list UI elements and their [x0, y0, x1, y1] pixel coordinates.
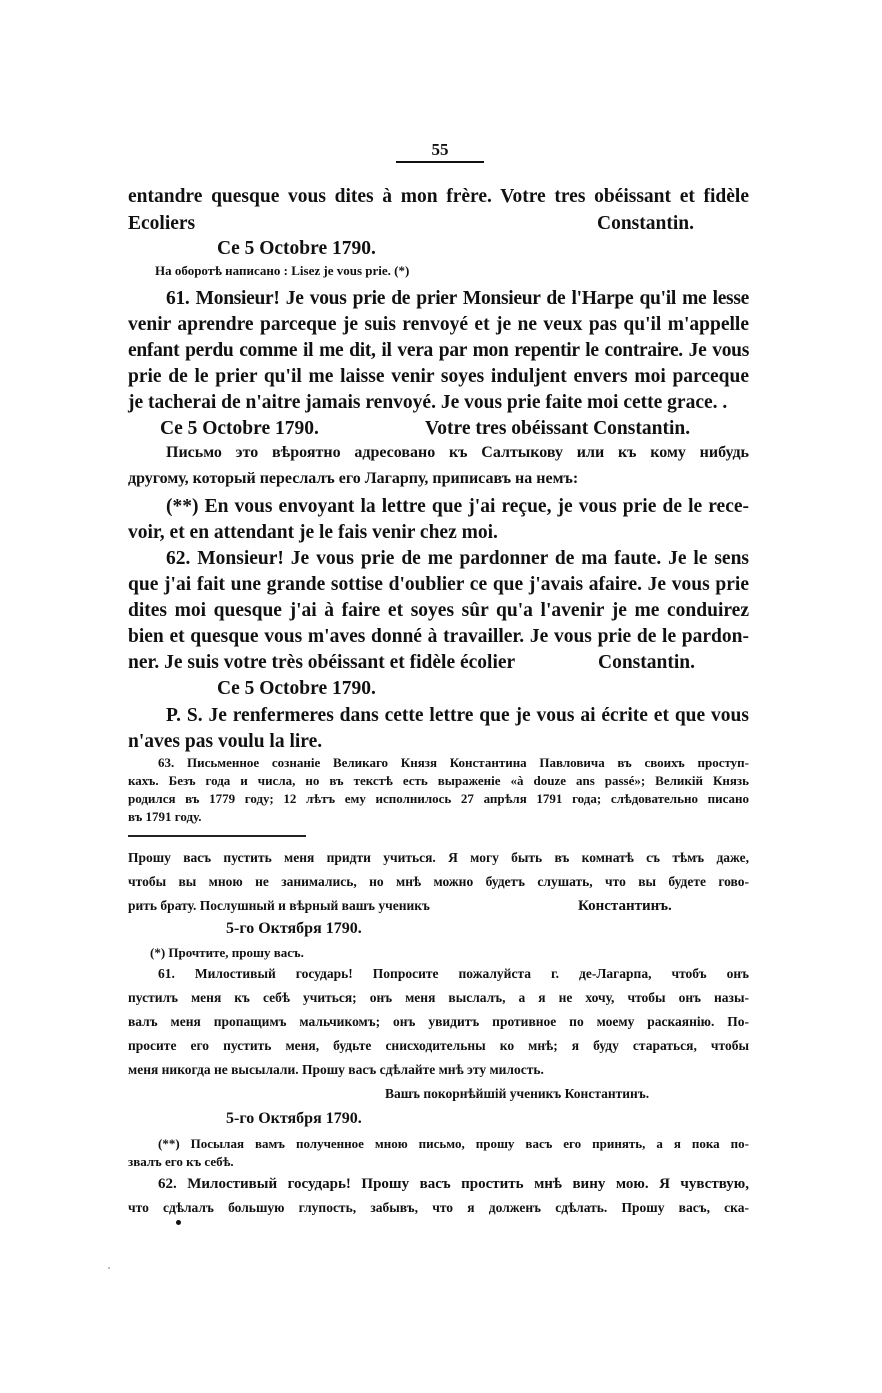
translation-62-line: что сдѣлалъ большую глупость, забывъ, чт…	[128, 1200, 749, 1216]
commentary-line: Письмо это вѣроятно адресовано къ Салтык…	[128, 444, 749, 462]
continuation-line: entandre quesque vous dites à mon frère.…	[128, 186, 749, 208]
letter-62-line: 62. Monsieur! Je vous prie de me pardonn…	[128, 548, 749, 570]
translation-61-line: валъ меня пропащимъ мальчикомъ; онъ увид…	[128, 1014, 749, 1030]
letter-61-line: enfant perdu comme il me dit, il vera pa…	[128, 340, 749, 362]
continuation-signature-line: Ecoliers Constantin.	[128, 213, 749, 235]
translation-intro-line: Прошу васъ пустить меня придти учиться. …	[128, 850, 749, 866]
translation-closing: рить брату. Послушный и вѣрный вашъ учен…	[128, 898, 430, 913]
closing-word: Ecoliers	[128, 213, 195, 234]
page-number: 55	[396, 140, 484, 160]
date-line: Ce 5 Octobre 1790.	[217, 238, 376, 260]
translation-footnote: (*) Прочтите, прошу васъ.	[150, 945, 304, 961]
translation-62-line: 62. Милостивый государь! Прошу васъ прос…	[128, 1176, 749, 1193]
translation-61-line: меня никогда не высылали. Прошу васъ сдѣ…	[128, 1062, 749, 1078]
translation-61-line: 61. Милостивый государь! Попросите пожал…	[128, 966, 749, 982]
letter-62-last-line: ner. Je suis votre très obéissant et fid…	[128, 652, 749, 674]
item-63-line: кахъ. Безъ года и числа, но въ текстѣ ес…	[128, 773, 749, 789]
note-line: voir, et en attendant je le fais venir c…	[128, 522, 749, 544]
document-page: 55 entandre quesque vous dites à mon frè…	[0, 0, 882, 1393]
item-63-line: родился въ 1779 году; 12 лѣтъ ему исполн…	[128, 791, 749, 807]
letter-62-closing: ner. Je suis votre très obéissant et fid…	[128, 652, 515, 673]
note-line: (**) En vous envoyant la lettre que j'ai…	[128, 496, 749, 518]
signature-mark-dot	[176, 1220, 181, 1225]
translation-intro-line: чтобы вы мною не занимались, но мнѣ можн…	[128, 874, 749, 890]
translation-61-line: просите его пустить меня, будьте снисход…	[128, 1038, 749, 1054]
translation-footnote-2: (**) Посылая вамъ полученное мною письмо…	[128, 1136, 749, 1152]
scan-speck	[108, 1267, 110, 1269]
letter-61-line: 61. Monsieur! Je vous prie de prier Mons…	[128, 288, 749, 310]
letter-61-line: je tacherai de n'aitre jamais renvoyé. J…	[128, 392, 749, 414]
reverse-note: На оборотѣ написано : Lisez je vous prie…	[155, 263, 409, 279]
letter-62-date: Ce 5 Octobre 1790.	[217, 678, 376, 700]
postscript-line: P. S. Je renfermeres dans cette lettre q…	[128, 705, 749, 727]
item-63-line: 63. Письменное сознаніе Великаго Князя К…	[128, 755, 749, 771]
translation-footnote-2: звалъ его къ себѣ.	[128, 1154, 749, 1170]
translation-signature: Константинъ.	[578, 898, 672, 915]
item-63-line: въ 1791 году.	[128, 809, 749, 825]
translation-intro-last-line: рить брату. Послушный и вѣрный вашъ учен…	[128, 898, 749, 914]
commentary-line: другому, который переслалъ его Лагарпу, …	[128, 470, 749, 488]
translation-date: 5-го Октября 1790.	[226, 920, 362, 938]
letter-61-line: venir aprendre parceque je suis renvoyé …	[128, 314, 749, 336]
section-divider	[128, 835, 306, 837]
letter-62-line: que j'ai fait une grande sottise d'oubli…	[128, 574, 749, 596]
letter-62-signature: Constantin.	[598, 652, 695, 674]
letter-61-line: prie de le prier qu'il me laisse venir s…	[128, 366, 749, 388]
translation-61-line: пустилъ меня къ себѣ учиться; онъ меня в…	[128, 990, 749, 1006]
translation-61-date: 5-го Октября 1790.	[226, 1110, 362, 1128]
letter-61-signature: Votre tres obéissant Constantin.	[425, 418, 690, 440]
signature: Constantin.	[597, 213, 694, 235]
letter-62-line: bien et quesque vous m'aves donné à trav…	[128, 626, 749, 648]
postscript-line: n'aves pas voulu la lire.	[128, 731, 749, 753]
letter-62-line: dites moi quesque j'ai à faire et soyes …	[128, 600, 749, 622]
translation-61-signature: Вашъ покорнѣйшій ученикъ Константинъ.	[385, 1086, 649, 1102]
letter-61-date: Ce 5 Octobre 1790.	[160, 418, 319, 440]
page-number-rule	[396, 161, 484, 163]
